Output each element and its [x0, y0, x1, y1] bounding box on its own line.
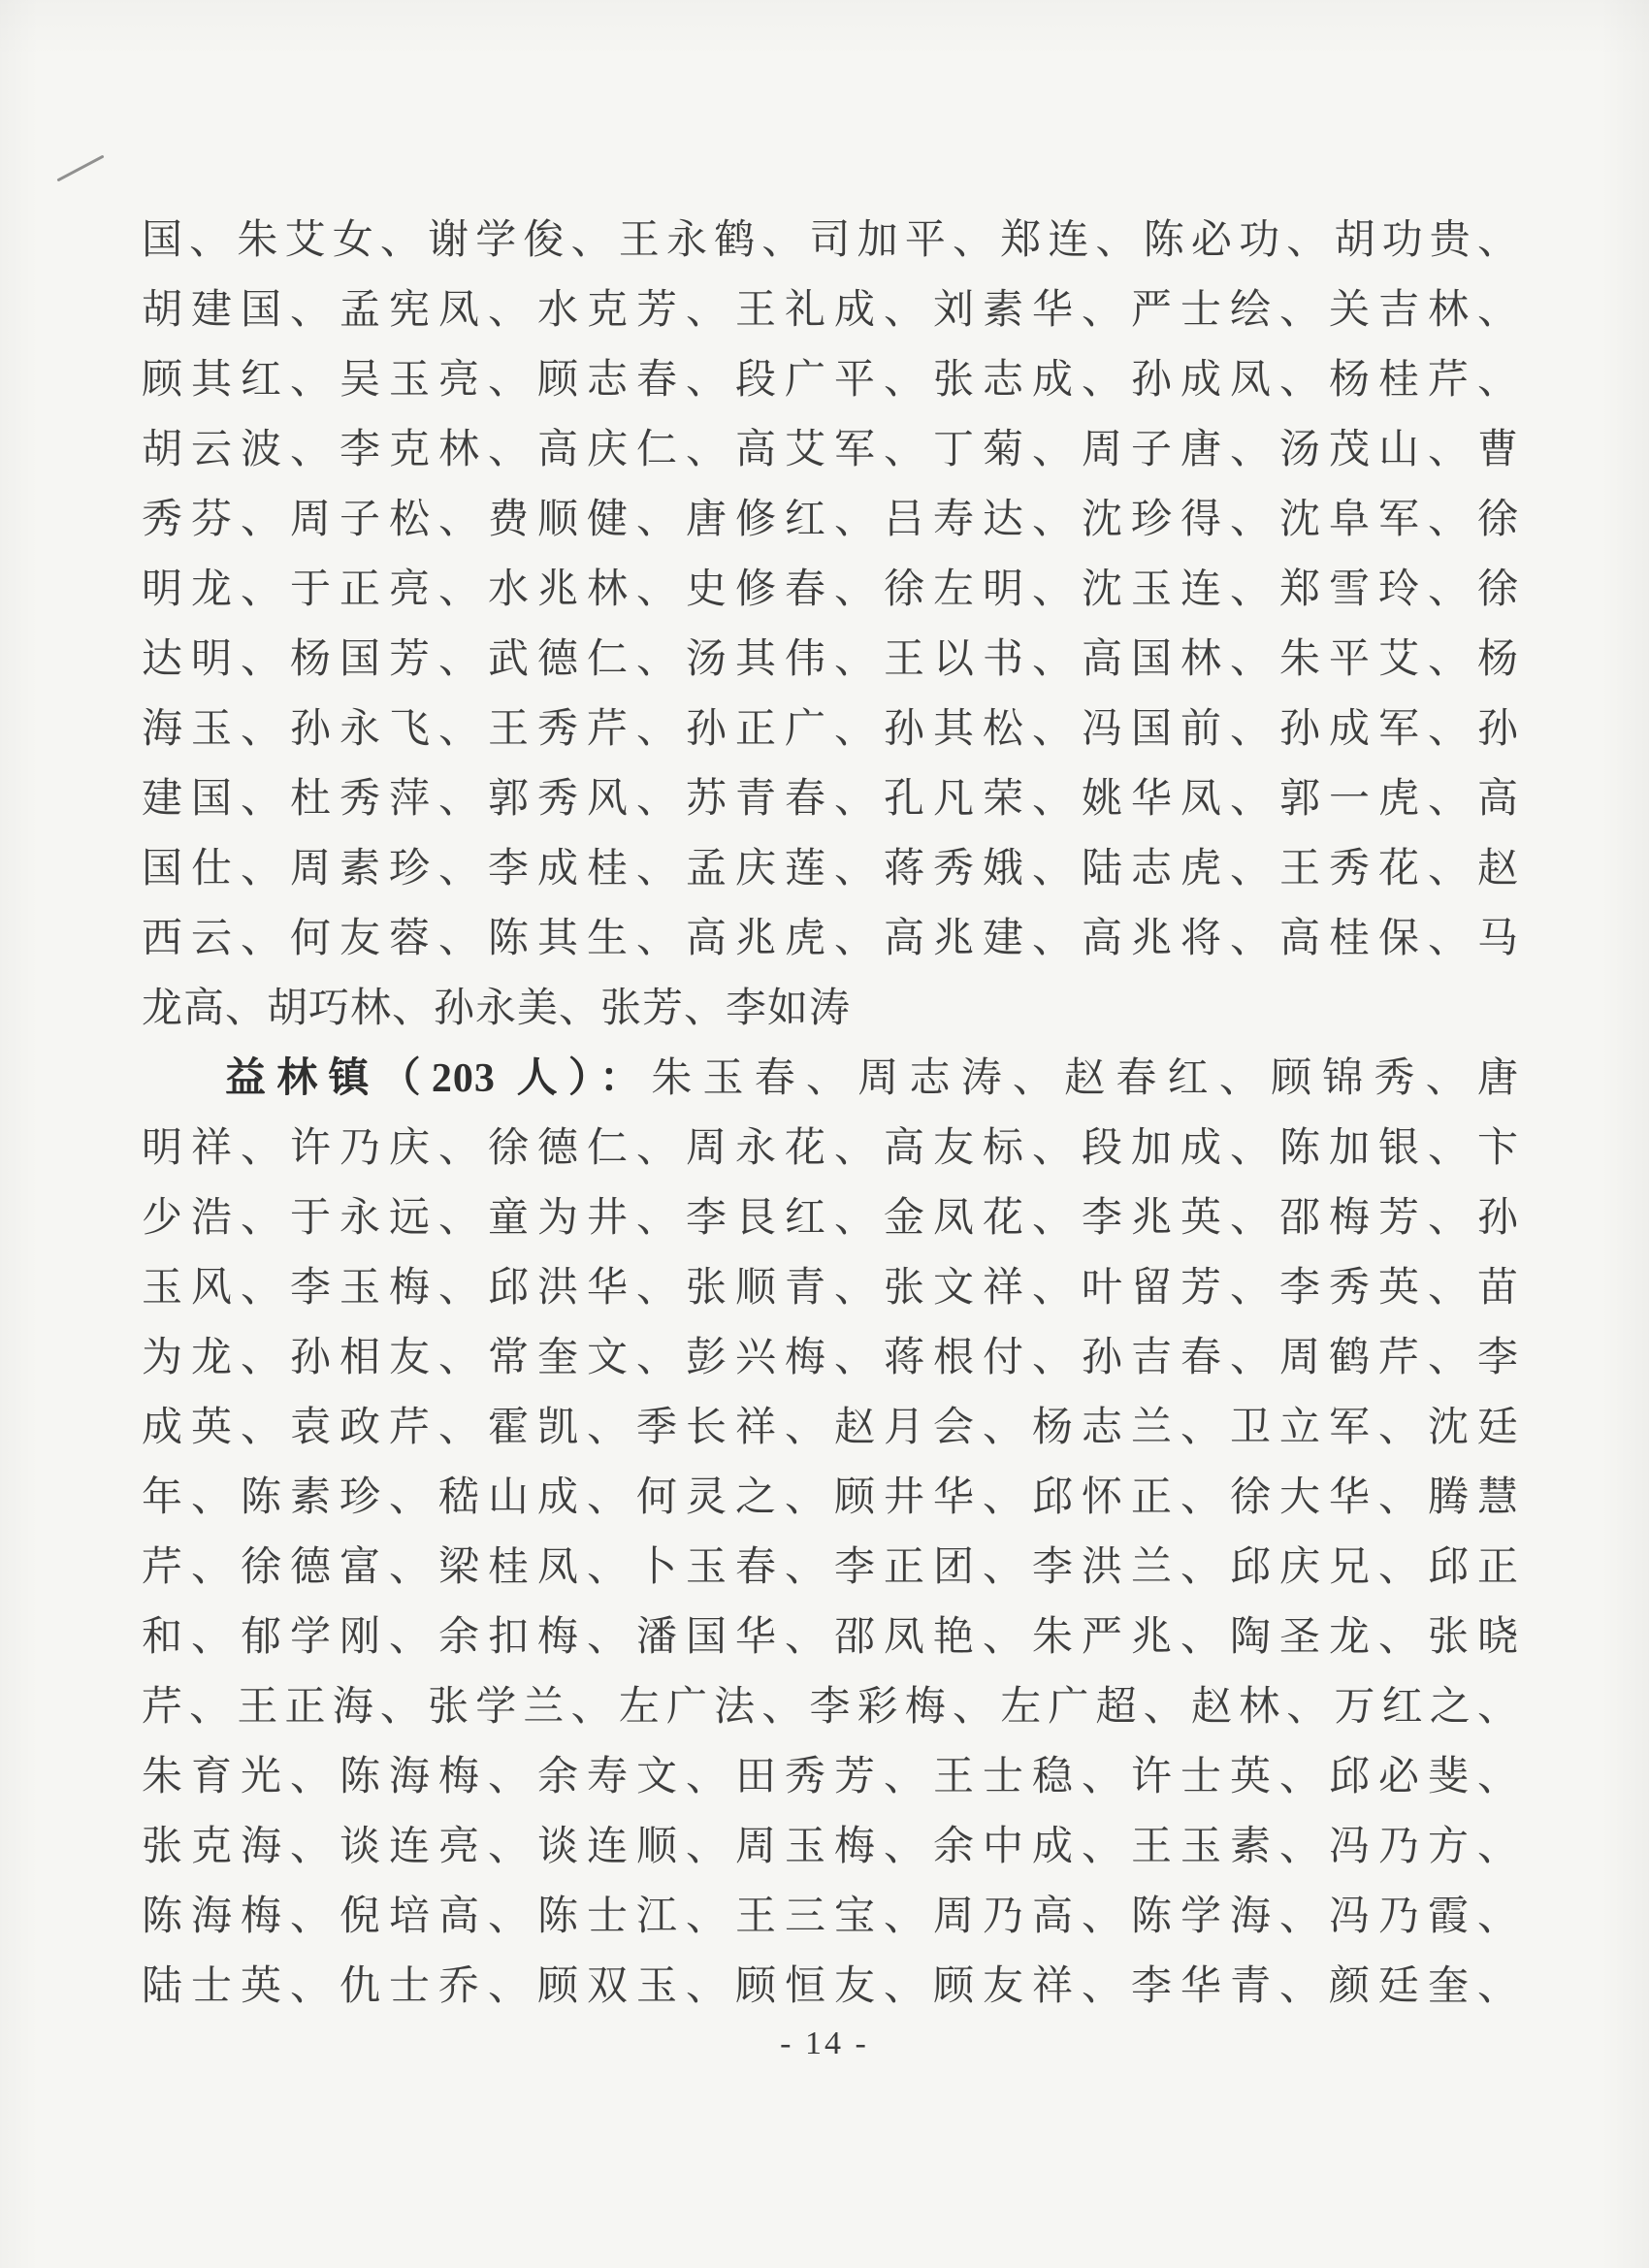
text-line: 龙高、胡巧林、孙永美、张芳、李如涛 [142, 974, 1519, 1044]
text-line: 国仕、周素珍、李成桂、孟庆莲、蒋秀娥、陆志虎、王秀花、赵 [142, 834, 1519, 904]
text-line: 胡云波、李克林、高庆仁、高艾军、丁菊、周子唐、汤茂山、曹 [142, 415, 1519, 485]
text-line: 胡建国、孟宪凤、水克芳、王礼成、刘素华、严士绘、关吉林、 [142, 275, 1519, 345]
text-line: 国、朱艾女、谢学俊、王永鹤、司加平、郑连、陈必功、胡功贵、 [142, 206, 1519, 275]
town-heading-line: 益林镇（203 人）：朱玉春、周志涛、赵春红、顾锦秀、唐 [142, 1044, 1519, 1114]
text-line: 和、郁学刚、余扣梅、潘国华、邵凤艳、朱严兆、陶圣龙、张晓 [142, 1603, 1519, 1672]
text-line: 顾其红、吴玉亮、顾志春、段广平、张志成、孙成凤、杨桂芹、 [142, 345, 1519, 415]
text-line: 张克海、谈连亮、谈连顺、周玉梅、余中成、王玉素、冯乃方、 [142, 1812, 1519, 1882]
town-name-list: 明祥、许乃庆、徐德仁、周永花、高友标、段加成、陈加银、卞少浩、于永远、童为井、李… [142, 1114, 1519, 2022]
text-line: 芹、王正海、张学兰、左广法、李彩梅、左广超、赵林、万红之、 [142, 1672, 1519, 1742]
text-line: 玉风、李玉梅、邱洪华、张顺青、张文祥、叶留芳、李秀英、苗 [142, 1253, 1519, 1323]
page-number: - 14 - [0, 2025, 1649, 2062]
text-line: 明龙、于正亮、水兆林、史修春、徐左明、沈玉连、郑雪玲、徐 [142, 555, 1519, 625]
text-line: 陈海梅、倪培高、陈士江、王三宝、周乃高、陈学海、冯乃霞、 [142, 1882, 1519, 1952]
name-list-text-block: 国、朱艾女、谢学俊、王永鹤、司加平、郑连、陈必功、胡功贵、胡建国、孟宪凤、水克芳… [142, 206, 1519, 2022]
text-line: 西云、何友蓉、陈其生、高兆虎、高兆建、高兆将、高桂保、马 [142, 904, 1519, 974]
scan-mark-artifact [56, 154, 104, 181]
text-line: 秀芬、周子松、费顺健、唐修红、吕寿达、沈珍得、沈阜军、徐 [142, 485, 1519, 555]
text-line: 芹、徐德富、梁桂凤、卜玉春、李正团、李洪兰、邱庆兄、邱正 [142, 1533, 1519, 1603]
town-heading-label: 益林镇（203 人）： [225, 1056, 651, 1101]
text-line: 成英、袁政芹、霍凯、季长祥、赵月会、杨志兰、卫立军、沈廷 [142, 1393, 1519, 1463]
text-line: 建国、杜秀萍、郭秀风、苏青春、孔凡荣、姚华凤、郭一虎、高 [142, 764, 1519, 834]
text-line: 达明、杨国芳、武德仁、汤其伟、王以书、高国林、朱平艾、杨 [142, 625, 1519, 695]
paragraph-yilin-town: 益林镇（203 人）：朱玉春、周志涛、赵春红、顾锦秀、唐 明祥、许乃庆、徐德仁、… [142, 1044, 1519, 2022]
text-line: 年、陈素珍、嵇山成、何灵之、顾井华、邱怀正、徐大华、腾慧 [142, 1463, 1519, 1533]
text-line: 明祥、许乃庆、徐德仁、周永花、高友标、段加成、陈加银、卞 [142, 1114, 1519, 1183]
town-heading-line-names: 朱玉春、周志涛、赵春红、顾锦秀、唐 [651, 1056, 1519, 1101]
text-line: 少浩、于永远、童为井、李艮红、金凤花、李兆英、邵梅芳、孙 [142, 1183, 1519, 1253]
text-line: 为龙、孙相友、常奎文、彭兴梅、蒋根付、孙吉春、周鹤芹、李 [142, 1323, 1519, 1393]
paragraph-continuation-name-list: 国、朱艾女、谢学俊、王永鹤、司加平、郑连、陈必功、胡功贵、胡建国、孟宪凤、水克芳… [142, 206, 1519, 1044]
text-line: 陆士英、仇士乔、顾双玉、顾恒友、顾友祥、李华青、颜廷奎、 [142, 1952, 1519, 2022]
text-line: 朱育光、陈海梅、余寿文、田秀芳、王士稳、许士英、邱必斐、 [142, 1742, 1519, 1812]
text-line: 海玉、孙永飞、王秀芹、孙正广、孙其松、冯国前、孙成军、孙 [142, 695, 1519, 764]
scanned-document-page: 国、朱艾女、谢学俊、王永鹤、司加平、郑连、陈必功、胡功贵、胡建国、孟宪凤、水克芳… [0, 0, 1649, 2268]
